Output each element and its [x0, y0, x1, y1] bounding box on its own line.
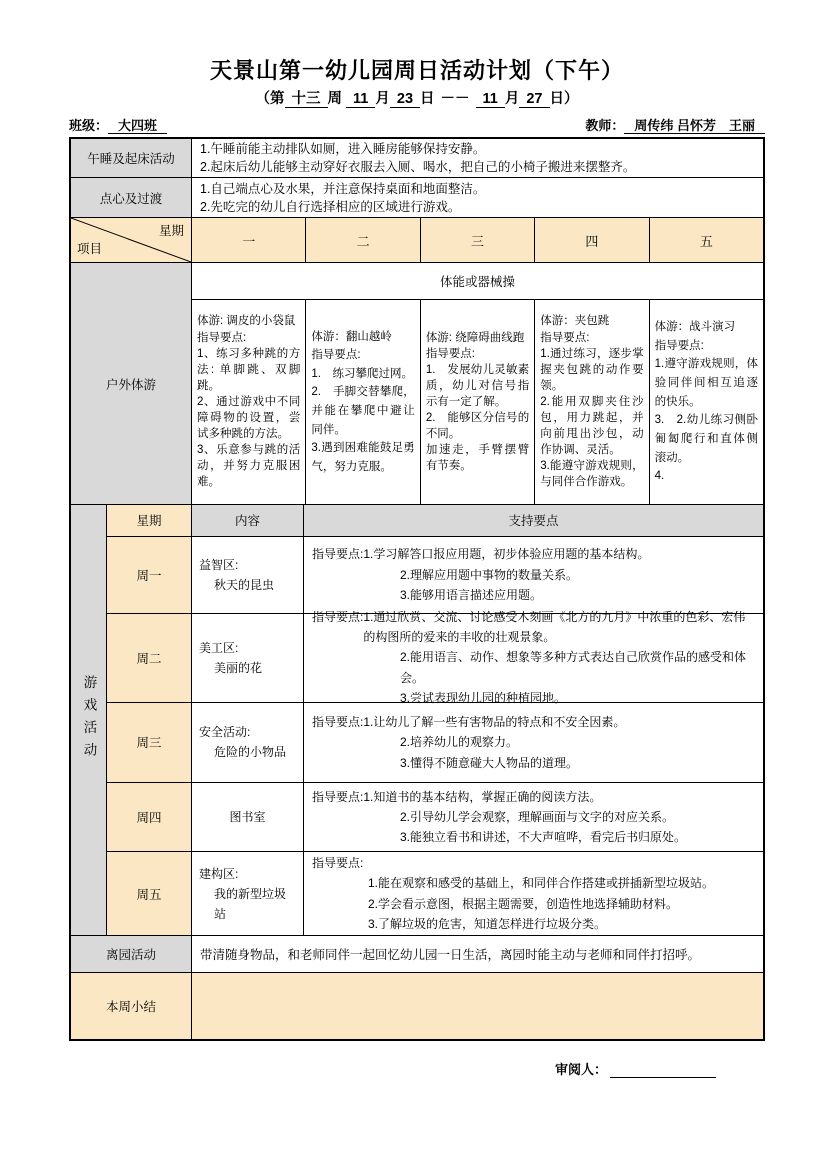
game-line: 体游：翻山越岭 [311, 328, 414, 347]
subtitle-day-char1: 日 [420, 91, 435, 107]
start-day: 23 [390, 91, 420, 108]
content-area: 益智区: [199, 555, 296, 575]
support-point: 3.能够用语言描述应用题。 [312, 585, 755, 605]
document-footer: 审阅人： [69, 1059, 765, 1078]
support-point: 1.通过欣赏、交流、讨论感受木刻画《北方的九月》中浓重的色彩、宏伟的构图所的爱来… [363, 607, 755, 648]
game-line: 加速走，手臂摆臂有节奏。 [426, 442, 529, 474]
content-topic: 美丽的花 [199, 658, 296, 678]
monday-row: 周一 益智区: 秋天的昆虫 指导要点: 1.学习解答口报应用题，初步体验应用题的… [107, 537, 763, 614]
thursday-content: 图书室 [192, 783, 304, 851]
plan-table: 午睡及起床活动 1.午睡前能主动排队如厕，进入睡房能够保持安静。 2.起床后幼儿… [69, 137, 765, 1041]
support-point: 3.懂得不随意碰大人物品的道理。 [312, 753, 755, 773]
support-label: 指导要点: [312, 787, 363, 807]
support-label: 指导要点: [312, 607, 363, 648]
subtitle-prefix: （第 [256, 91, 285, 107]
end-day: 27 [519, 91, 549, 108]
date-range-dash: －－ [435, 91, 476, 107]
day-header-mon: 一 [192, 218, 306, 262]
game-line: 1、练习多种跳的方法: 单脚跳、双脚跳。 [197, 346, 300, 394]
support-point: 2.引导幼儿学会观察，理解画面与文字的对应关系。 [312, 807, 755, 827]
thursday-label: 周四 [107, 783, 192, 851]
subtitle-suffix: 日） [550, 91, 579, 107]
game-line: 指导要点: [540, 330, 643, 346]
tuesday-row: 周二 美工区: 美丽的花 指导要点: 1.通过欣赏、交流、讨论感受木刻画《北方的… [107, 614, 763, 703]
support-point: 3.能独立看书和讲述，不大声喧哗，看完后书归原处。 [312, 827, 755, 847]
wednesday-support: 指导要点: 1.让幼儿了解一些有害物品的特点和不安全因素。 2.培养幼儿的观察力… [304, 703, 763, 783]
indoor-games-side-label-cell: 游戏活动 [71, 505, 107, 935]
leave-row-label: 离园活动 [71, 936, 192, 972]
game-line: 2. 能够区分信号的不同。 [426, 410, 529, 442]
tuesday-label: 周二 [107, 614, 192, 702]
content-line: 2.先吃完的幼儿自行选择相应的区域进行游戏。 [200, 198, 755, 216]
content-area: 建构区: [199, 864, 296, 884]
day-header-thu: 四 [535, 218, 649, 262]
end-month: 11 [476, 91, 505, 108]
reviewer-label: 审阅人： [555, 1059, 607, 1078]
day-header-fri: 五 [650, 218, 763, 262]
game-line: 1. 发展幼儿灵敏素质，幼儿对信号指示有一定了解。 [426, 362, 529, 410]
game-line: 3.能遵守游戏规则，与同伴合作游戏。 [540, 458, 643, 490]
diagonal-corner-cell: 星期 项目 [71, 218, 192, 262]
outdoor-game-tue: 体游：翻山越岭 指导要点: 1. 练习攀爬过网。 2. 手脚交替攀爬，并能在攀爬… [306, 300, 420, 504]
game-line: 体游: 调皮的小袋鼠 [197, 313, 300, 329]
nap-row: 午睡及起床活动 1.午睡前能主动排队如厕，进入睡房能够保持安静。 2.起床后幼儿… [71, 139, 763, 178]
week-date-line: （第十三周 11月23日－－11月27日） [69, 88, 765, 110]
indoor-games-side-label: 游戏活动 [79, 675, 99, 765]
support-point: 1.学习解答口报应用题，初步体验应用题的基本结构。 [363, 544, 755, 564]
friday-content: 建构区: 我的新型垃圾站 [192, 852, 304, 935]
outdoor-section-body: 体能或器械操 体游: 调皮的小袋鼠 指导要点: 1、练习多种跳的方法: 单脚跳、… [192, 263, 763, 504]
outdoor-game-wed: 体游: 绕障碍曲线跑 指导要点: 1. 发展幼儿灵敏素质，幼儿对信号指示有一定了… [421, 300, 535, 504]
class-label: 班级： [69, 118, 108, 133]
outdoor-game-fri: 体游：战斗演习 指导要点: 1.遵守游戏规则，体验同伴间相互追逐的快乐。 3. … [650, 300, 763, 504]
class-value: 大四班 [108, 118, 167, 134]
monday-content: 益智区: 秋天的昆虫 [192, 537, 304, 613]
game-line: 体游：战斗演习 [655, 318, 758, 337]
support-line: 指导要点: 1.知道书的基本结构，掌握正确的阅读方法。 [312, 787, 755, 807]
support-point: 2.理解应用题中事物的数量关系。 [312, 565, 755, 585]
outdoor-section-row: 户外体游 体能或器械操 体游: 调皮的小袋鼠 指导要点: 1、练习多种跳的方法:… [71, 263, 763, 505]
teacher-field: 教师：周传纬 吕怀芳 王丽 [585, 115, 765, 134]
content-topic: 秋天的昆虫 [199, 575, 296, 595]
outdoor-game-thu: 体游：夹包跳 指导要点: 1.通过练习，逐步掌握夹包跳的动作要领。 2.能用双脚… [535, 300, 649, 504]
summary-row-content [192, 973, 763, 1039]
support-point: 1.知道书的基本结构，掌握正确的阅读方法。 [363, 787, 755, 807]
content-area: 安全活动: [199, 722, 296, 742]
game-line: 指导要点: [426, 346, 529, 362]
outdoor-band-title: 体能或器械操 [192, 263, 763, 300]
thursday-row: 周四 图书室 指导要点: 1.知道书的基本结构，掌握正确的阅读方法。 2.引导幼… [107, 783, 763, 852]
support-point: 2.学会看示意图，根据主题需要，创造性地选择辅助材料。 [312, 894, 755, 914]
support-point: 3.了解垃圾的危害，知道怎样进行垃圾分类。 [312, 914, 755, 934]
indoor-games-section: 游戏活动 星期 内容 支持要点 周一 益智区: 秋天的昆虫 [71, 505, 763, 936]
page-title: 天景山第一幼儿园周日活动计划（下午） [69, 56, 765, 86]
friday-row: 周五 建构区: 我的新型垃圾站 指导要点: 1.能在观察和感受的基础上，和同伴合… [107, 852, 763, 935]
content-line: 2.起床后幼儿能够主动穿好衣服去入厕、喝水，把自己的小椅子搬进来摆整齐。 [200, 158, 755, 176]
tuesday-support: 指导要点: 1.通过欣赏、交流、讨论感受木刻画《北方的九月》中浓重的色彩、宏伟的… [304, 614, 763, 702]
support-point: 2.能用语言、动作、想象等多种方式表达自己欣赏作品的感受和体会。 [312, 647, 755, 688]
header-week: 星期 [107, 505, 192, 536]
content-area: 图书室 [229, 807, 265, 827]
snack-row: 点心及过渡 1.自己端点心及水果，并注意保持桌面和地面整洁。 2.先吃完的幼儿自… [71, 178, 763, 218]
wednesday-label: 周三 [107, 703, 192, 783]
monday-label: 周一 [107, 537, 192, 613]
header-support: 支持要点 [304, 505, 763, 536]
indoor-games-header-row: 星期 内容 支持要点 [107, 505, 763, 537]
summary-row-label: 本周小结 [71, 973, 192, 1039]
class-field: 班级：大四班 [69, 115, 167, 134]
support-line: 指导要点: 1.学习解答口报应用题，初步体验应用题的基本结构。 [312, 544, 755, 564]
leave-row-content: 带清随身物品，和老师同伴一起回忆幼儿园一日生活，离园时能主动与老师和同伴打招呼。 [192, 936, 763, 972]
outdoor-game-columns: 体游: 调皮的小袋鼠 指导要点: 1、练习多种跳的方法: 单脚跳、双脚跳。 2、… [192, 300, 763, 504]
outdoor-game-mon: 体游: 调皮的小袋鼠 指导要点: 1、练习多种跳的方法: 单脚跳、双脚跳。 2、… [192, 300, 306, 504]
thursday-support: 指导要点: 1.知道书的基本结构，掌握正确的阅读方法。 2.引导幼儿学会观察，理… [304, 783, 763, 851]
subtitle-month-char1: 月 [375, 91, 390, 107]
content-line: 1.自己端点心及水果，并注意保持桌面和地面整洁。 [200, 180, 755, 198]
class-teacher-line: 班级：大四班 教师：周传纬 吕怀芳 王丽 [69, 115, 765, 134]
reviewer-signature-line [610, 1064, 716, 1078]
wednesday-row: 周三 安全活动: 危险的小物品 指导要点: 1.让幼儿了解一些有害物品的特点和不… [107, 703, 763, 784]
document-header: 天景山第一幼儿园周日活动计划（下午） （第十三周 11月23日－－11月27日）… [69, 0, 765, 134]
game-line: 3. 2.幼儿练习侧卧匍匐爬行和直体侧滚动。 [655, 411, 758, 467]
content-line: 1.午睡前能主动排队如厕，进入睡房能够保持安静。 [200, 140, 755, 158]
week-number: 十三 [285, 91, 328, 108]
content-area: 美工区: [199, 638, 296, 658]
start-month: 11 [346, 91, 375, 108]
support-label: 指导要点: [312, 544, 363, 564]
indoor-games-body: 星期 内容 支持要点 周一 益智区: 秋天的昆虫 指导要点: 1.学习解答口报应… [107, 505, 763, 935]
content-topic: 危险的小物品 [199, 742, 296, 762]
wednesday-content: 安全活动: 危险的小物品 [192, 703, 304, 783]
friday-support: 指导要点: 1.能在观察和感受的基础上，和同伴合作搭建或拼插新型垃圾站。 2.学… [304, 852, 763, 935]
reviewer-field: 审阅人： [555, 1059, 765, 1078]
game-line: 2.能用双脚夹住沙包，用力跳起，并向前甩出沙包，动作协调、灵活。 [540, 394, 643, 458]
weekday-header-row: 星期 项目 一 二 三 四 五 [71, 218, 763, 263]
summary-row: 本周小结 [71, 973, 763, 1039]
game-line: 4. [655, 467, 758, 486]
monday-support: 指导要点: 1.学习解答口报应用题，初步体验应用题的基本结构。 2.理解应用题中… [304, 537, 763, 613]
teacher-value: 周传纬 吕怀芳 王丽 [624, 118, 765, 134]
support-line: 指导要点: 1.让幼儿了解一些有害物品的特点和不安全因素。 [312, 712, 755, 732]
game-line: 2、通过游戏中不同障碍物的设置，尝试多种跳的方法。 [197, 394, 300, 442]
support-label: 指导要点: [312, 712, 363, 732]
game-line: 体游: 绕障碍曲线跑 [426, 330, 529, 346]
game-line: 1.遵守游戏规则，体验同伴间相互追逐的快乐。 [655, 355, 758, 411]
game-line: 1.通过练习，逐步掌握夹包跳的动作要领。 [540, 346, 643, 394]
game-line: 指导要点: [311, 346, 414, 365]
game-line: 1. 练习攀爬过网。 [311, 365, 414, 384]
corner-label-item: 项目 [77, 239, 102, 257]
game-line: 指导要点: [197, 330, 300, 346]
support-label: 指导要点: [312, 853, 755, 873]
outdoor-section-label: 户外体游 [71, 263, 192, 504]
snack-row-label: 点心及过渡 [71, 178, 192, 217]
support-point: 1.让幼儿了解一些有害物品的特点和不安全因素。 [363, 712, 755, 732]
support-line: 指导要点: 1.通过欣赏、交流、讨论感受木刻画《北方的九月》中浓重的色彩、宏伟的… [312, 607, 755, 648]
document-page: 天景山第一幼儿园周日活动计划（下午） （第十三周 11月23日－－11月27日）… [0, 0, 827, 1170]
leave-row: 离园活动 带清随身物品，和老师同伴一起回忆幼儿园一日生活，离园时能主动与老师和同… [71, 936, 763, 973]
teacher-label: 教师： [585, 118, 624, 133]
subtitle-month-char2: 月 [505, 91, 520, 107]
snack-row-content: 1.自己端点心及水果，并注意保持桌面和地面整洁。 2.先吃完的幼儿自行选择相应的… [192, 178, 763, 217]
day-header-tue: 二 [306, 218, 420, 262]
content-topic: 我的新型垃圾站 [199, 884, 296, 924]
header-content: 内容 [192, 505, 304, 536]
friday-label: 周五 [107, 852, 192, 935]
nap-row-content: 1.午睡前能主动排队如厕，进入睡房能够保持安静。 2.起床后幼儿能够主动穿好衣服… [192, 139, 763, 177]
subtitle-week-char: 周 [328, 91, 343, 107]
game-line: 3、乐意参与跳的活动，并努力克服困难。 [197, 442, 300, 490]
game-line: 2. 手脚交替攀爬，并能在攀爬中避让同伴。 [311, 383, 414, 439]
day-header-wed: 三 [421, 218, 535, 262]
tuesday-content: 美工区: 美丽的花 [192, 614, 304, 702]
support-point: 1.能在观察和感受的基础上，和同伴合作搭建或拼插新型垃圾站。 [312, 873, 755, 893]
game-line: 体游：夹包跳 [540, 313, 643, 329]
game-line: 3.遇到困难能鼓足勇气，努力克服。 [311, 439, 414, 476]
nap-row-label: 午睡及起床活动 [71, 139, 192, 177]
game-line: 指导要点: [655, 337, 758, 356]
corner-label-week: 星期 [159, 221, 184, 239]
support-point: 2.培养幼儿的观察力。 [312, 732, 755, 752]
